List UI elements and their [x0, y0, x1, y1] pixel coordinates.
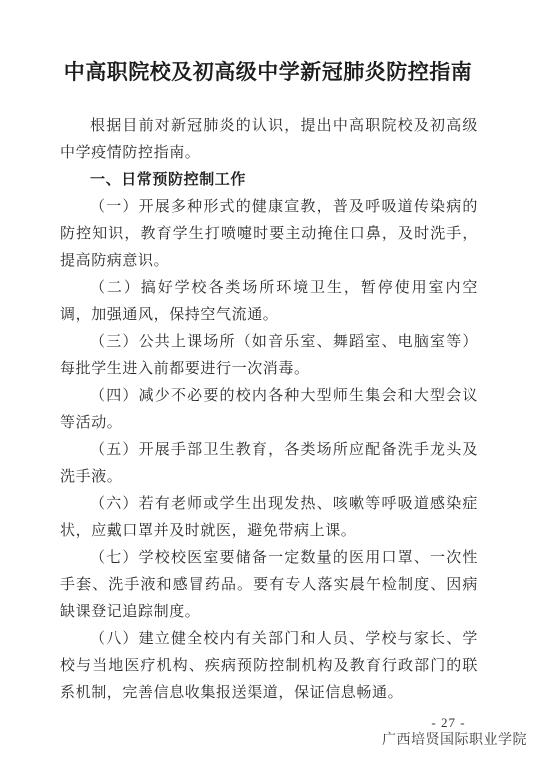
paragraph-item-1: （一）开展多种形式的健康宣教，普及呼吸道传染病的防控知识，教育学生打喷嚏时要主动… [60, 194, 478, 275]
page-title: 中高职院校及初高级中学新冠肺炎防控指南 [0, 0, 536, 87]
paragraph-intro: 根据目前对新冠肺炎的认识，提出中高职院校及初高级中学疫情防控指南。 [60, 113, 478, 167]
institution-name: 广西培贤国际职业学院 [382, 732, 527, 749]
paragraph-item-3: （三）公共上课场所（如音乐室、舞蹈室、电脑室等）每批学生进入前都要进行一次消毒。 [60, 329, 478, 383]
section-heading-daily-prevention: 一、日常预防控制工作 [60, 167, 478, 194]
paragraph-item-2: （二）搞好学校各类场所环境卫生，暂停使用室内空调，加强通风，保持空气流通。 [60, 275, 478, 329]
paragraph-item-6: （六）若有老师或学生出现发热、咳嗽等呼吸道感染症状，应戴口罩并及时就医，避免带病… [60, 491, 478, 545]
page-number: - 27 - [382, 715, 515, 730]
paragraph-item-8: （八）建立健全校内有关部门和人员、学校与家长、学校与当地医疗机构、疾病预防控制机… [60, 626, 478, 707]
paragraph-item-7: （七）学校校医室要储备一定数量的医用口罩、一次性手套、洗手液和感冒药品。要有专人… [60, 545, 478, 626]
paragraph-item-4: （四）减少不必要的校内各种大型师生集会和大型会议等活动。 [60, 383, 478, 437]
document-page: 中高职院校及初高级中学新冠肺炎防控指南 根据目前对新冠肺炎的认识，提出中高职院校… [0, 0, 536, 757]
page-footer: - 27 - 广西培贤国际职业学院 [382, 715, 527, 749]
paragraph-item-5: （五）开展手部卫生教育，各类场所应配备洗手龙头及洗手液。 [60, 437, 478, 491]
document-body: 根据目前对新冠肺炎的认识，提出中高职院校及初高级中学疫情防控指南。 一、日常预防… [60, 113, 478, 707]
